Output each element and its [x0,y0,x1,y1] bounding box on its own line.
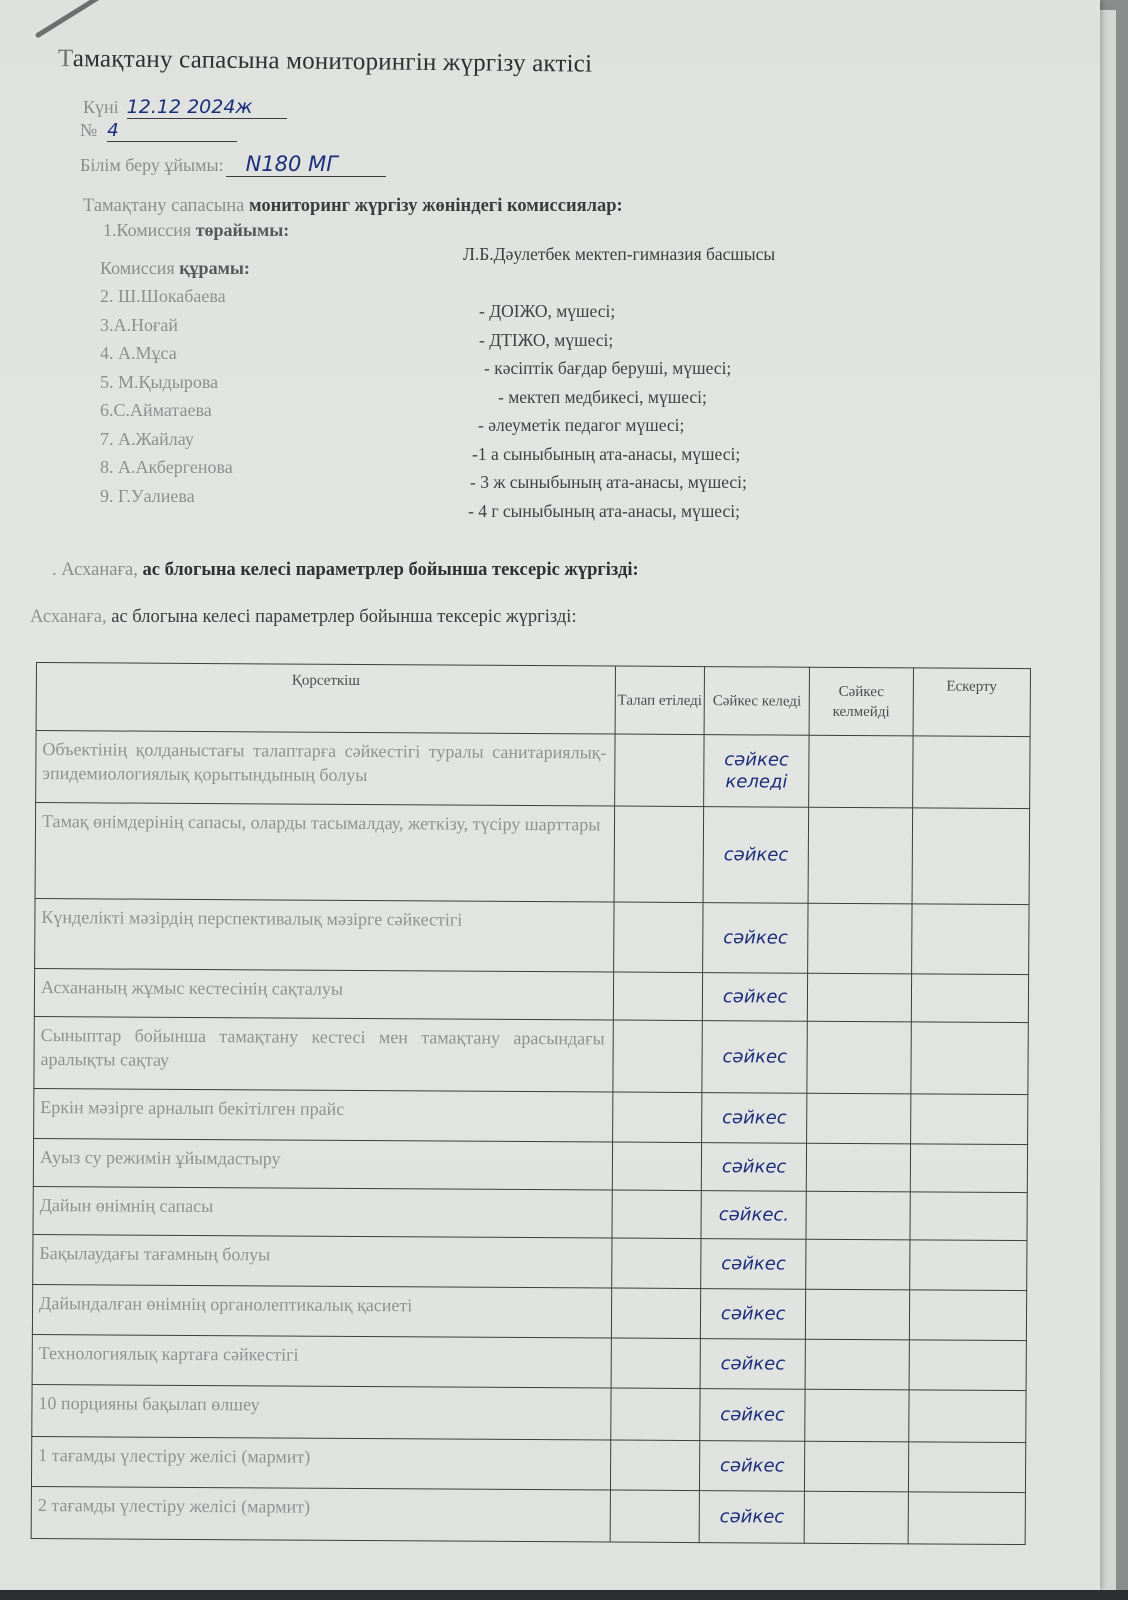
indicator-cell: Бақылаудағы тағамның болуы [33,1234,612,1288]
member-role: - мектеп медбикесі, мүшесі; [466,387,747,416]
indicator-cell: 10 порцияны бақылап өлшеу [32,1384,611,1440]
table-row: 2 тағамды үлестіру желісі (мармит)сәйкес [31,1486,1025,1544]
noncompliant-cell [806,1289,910,1340]
indicator-cell: Асхананың жұмыс кестесінің сақталуы [34,968,613,1020]
table-row: Тамақ өнімдерінің сапасы, оларды тасымал… [35,803,1030,905]
handwritten-mark: сәйкес [721,1353,786,1375]
required-cell [612,1190,701,1239]
member-name: 3.А.Ноғай [100,315,233,344]
noncompliant-cell [807,1093,911,1144]
table-row: Күнделікті мәзірдің перспективалық мәзір… [35,898,1029,974]
indicator-cell: Ауыз су режимін ұйымдастыру [33,1138,612,1190]
required-cell [611,1338,700,1389]
handwritten-mark: сәйкес [722,1046,787,1068]
inspection-heading-bold: . Асханаға, ас блогына келесі параметрле… [52,560,639,581]
noncompliant-cell [804,1491,908,1544]
noncompliant-cell [805,1441,909,1492]
organization-field: Білім беру ұйымы:N180 МГ [80,152,386,177]
handwritten-mark: сәйкес [722,1156,787,1178]
noncompliant-cell [805,1389,909,1442]
handwritten-mark: сәйкес келеді [721,749,791,793]
handwritten-mark: сәйкес [720,1404,785,1426]
member-role: - ДОІЖО, мүшесі; [466,301,747,330]
required-cell [613,972,702,1021]
commission-chair-value: Л.Б.Дәулетбек мектеп-гимназия басшысы [463,244,775,265]
header-indicator: Қорсеткіш [36,663,615,735]
noncompliant-cell [806,1239,910,1290]
note-cell [912,736,1030,809]
handwritten-mark: сәйкес [723,927,788,949]
table-row: Дайын өнімнің сапасысәйкес. [33,1186,1027,1240]
required-cell [613,1020,703,1093]
handwritten-mark: сәйкес [721,1253,786,1275]
note-cell [908,1492,1026,1545]
indicator-cell: Дайындалған өнімнің органолептикалық қас… [32,1284,611,1338]
header-noncompliant: Сәйкес келмейді [809,667,913,736]
member-role: -1 а сыныбының ата-анасы, мүшесі; [466,444,747,473]
document-page: Тамақтану сапасына мониторингін жүргізу … [0,0,1100,1590]
indicator-cell: Еркін мәзірге арналып бекітілген прайс [34,1088,613,1142]
compliant-cell: сәйкес [700,1289,806,1340]
document-title: Тамақтану сапасына мониторингін жүргізу … [58,45,592,79]
note-cell [908,1390,1026,1443]
member-name: 5. М.Қыдырова [100,372,233,401]
compliant-cell: сәйкес [700,1339,806,1390]
note-cell [912,808,1030,905]
number-value: 4 [107,120,237,142]
member-roles: - ДОІЖО, мүшесі; - ДТІЖО, мүшесі; - кәсі… [466,301,747,529]
required-cell [610,1440,699,1491]
noncompliant-cell [807,1021,911,1094]
compliant-cell: сәйкес. [701,1191,807,1240]
member-name: 9. Г.Уалиева [100,486,233,515]
handwritten-mark: сәйкес [723,986,788,1008]
member-role: - ДТІЖО, мүшесі; [466,330,747,359]
handwritten-mark: сәйкес. [719,1204,789,1226]
indicator-cell: Күнделікті мәзірдің перспективалық мәзір… [35,898,614,972]
member-name: 6.С.Айматаева [100,400,233,429]
member-name: 4. А.Мұса [100,343,233,372]
handwritten-mark: сәйкес [720,1455,785,1477]
note-cell [909,1340,1027,1391]
handwritten-mark: сәйкес [722,1107,787,1129]
date-field: Күні12.12 2024ж [83,96,287,119]
paper-clip [35,0,114,39]
inspection-heading: Асханаға, ас блогына келесі параметрлер … [30,607,577,628]
indicator-cell: Сыныптар бойынша тамақтану кестесі мен т… [34,1016,613,1092]
handwritten-mark: сәйкес [724,844,789,866]
required-cell [611,1388,700,1441]
table-row: Еркін мәзірге арналып бекітілген прайссә… [34,1088,1028,1144]
table-header-row: Қорсеткіш Талап етіледі Сәйкес келеді Сә… [36,663,1030,737]
handwritten-mark: сәйкес [720,1506,785,1528]
compliant-cell: сәйкес [702,1021,808,1094]
header-note: Ескерту [913,668,1031,737]
note-cell [910,1094,1028,1145]
handwritten-mark: сәйкес [721,1303,786,1325]
required-cell [610,1490,699,1543]
required-cell [614,902,703,973]
header-compliant: Сәйкес келеді [704,667,810,736]
table-row: Технологиялық картаға сәйкестігісәйкес [32,1334,1026,1390]
compliant-cell: сәйкес [702,973,808,1022]
table-row: Асхананың жұмыс кестесінің сақталуысәйке… [34,968,1028,1022]
note-cell [910,1144,1028,1193]
note-cell [911,974,1029,1023]
note-cell [909,1290,1027,1341]
noncompliant-cell [808,903,912,974]
noncompliant-cell [809,735,913,808]
noncompliant-cell [805,1339,909,1390]
compliant-cell: сәйкес [703,807,809,904]
commission-composition-label: Комиссия құрамы: [100,258,250,279]
date-value: 12.12 2024ж [127,96,287,119]
note-cell [911,904,1029,975]
noncompliant-cell [808,973,912,1022]
indicator-cell: Тамақ өнімдерінің сапасы, оларды тасымал… [35,803,615,903]
indicator-cell: Объектінің қолданыстағы талаптарға сәйке… [36,731,615,807]
required-cell [612,1238,701,1289]
member-name: 8. А.Акбергенова [100,457,233,486]
organization-value: N180 МГ [226,152,386,177]
member-role: - кәсіптік бағдар беруші, мүшесі; [466,358,747,387]
compliant-cell: сәйкес [700,1389,806,1442]
indicator-cell: 1 тағамды үлестіру желісі (мармит) [31,1436,610,1490]
member-role: - 3 ж сыныбының ата-анасы, мүшесі; [466,472,747,501]
member-names: 2. Ш.Шокабаева 3.А.Ноғай 4. А.Мұса 5. М.… [100,286,233,514]
table-row: Бақылаудағы тағамның болуысәйкес [33,1234,1027,1290]
commission-heading: Тамақтану сапасына мониторинг жүргізу жө… [83,196,623,217]
table-row: Ауыз су режимін ұйымдастырусәйкес [33,1138,1027,1192]
noncompliant-cell [808,807,912,904]
note-cell [909,1240,1027,1291]
note-cell [908,1442,1026,1493]
indicator-cell: 2 тағамды үлестіру желісі (мармит) [31,1486,610,1542]
noncompliant-cell [806,1191,910,1240]
compliant-cell: сәйкес [703,903,809,974]
noncompliant-cell [807,1143,911,1192]
member-role: - әлеуметік педагог мүшесі; [466,415,747,444]
indicator-cell: Технологиялық картаға сәйкестігі [32,1334,611,1388]
compliant-cell: сәйкес [701,1239,807,1290]
required-cell [611,1288,700,1339]
required-cell [614,806,704,903]
member-name: 7. А.Жайлау [100,429,233,458]
member-role: - 4 г сыныбының ата-анасы, мүшесі; [466,501,747,530]
compliant-cell: сәйкес [699,1441,805,1492]
required-cell [613,1092,702,1143]
member-name: 2. Ш.Шокабаева [100,286,233,315]
required-cell [615,734,705,807]
table-row: 10 порцияны бақылап өлшеусәйкес [32,1384,1026,1442]
compliant-cell: сәйкес [699,1491,805,1544]
commission-chair-label: 1.Комиссия төрайымы: [103,220,289,241]
monitoring-table: Қорсеткіш Талап етіледі Сәйкес келеді Сә… [31,662,1031,1545]
compliant-cell: сәйкес келеді [704,735,810,808]
table-row: Объектінің қолданыстағы талаптарға сәйке… [36,731,1030,809]
header-required: Талап етіледі [615,666,704,735]
table-row: 1 тағамды үлестіру желісі (мармит)сәйкес [31,1436,1025,1492]
compliant-cell: сәйкес [702,1093,808,1144]
table-row: Дайындалған өнімнің органолептикалық қас… [32,1284,1026,1340]
required-cell [612,1142,701,1191]
number-field: №4 [80,120,237,142]
note-cell [910,1022,1028,1095]
table-row: Сыныптар бойынша тамақтану кестесі мен т… [34,1016,1028,1094]
compliant-cell: сәйкес [701,1143,807,1192]
indicator-cell: Дайын өнімнің сапасы [33,1186,612,1238]
desk-surface [0,1590,1128,1600]
note-cell [910,1192,1028,1241]
